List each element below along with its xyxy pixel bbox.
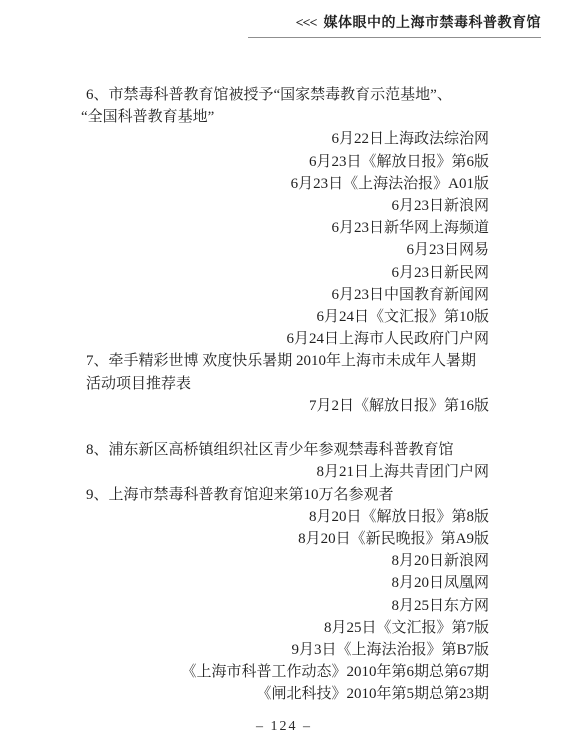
source-citation-line: 6月23日《解放日报》第6版 [86,151,489,173]
source-citation-line: 8月20日凤凰网 [86,572,489,594]
source-citation-line: 7月2日《解放日报》第16版 [86,395,489,417]
source-citation-line: 《闸北科技》2010年第5期总第23期 [86,683,489,705]
entry-title-line: 活动项目推荐表 [86,373,489,395]
source-citation-line: 6月23日中国教育新闻网 [86,284,489,306]
entry-8: 8、浦东新区高桥镇组织社区青少年参观禁毒科普教育馆 8月21日上海共青团门户网 [86,439,489,483]
source-citation-line: 6月23日《上海法治报》A01版 [86,173,489,195]
source-citation-line: 8月25日《文汇报》第7版 [86,617,489,639]
page-header: <<<媒体眼中的上海市禁毒科普教育馆 [248,15,541,38]
source-citation-line: 8月20日《解放日报》第8版 [86,506,489,528]
source-citation-line: 6月23日网易 [86,239,489,261]
media-coverage-list: 6、市禁毒科普教育馆被授予“国家禁毒教育示范基地”、 “全国科普教育基地” 6月… [86,84,489,706]
source-citation-line: 6月24日《文汇报》第10版 [86,306,489,328]
entry-title-line: 6、市禁毒科普教育馆被授予“国家禁毒教育示范基地”、 [86,84,489,106]
source-citation-line: 6月22日上海政法综治网 [86,128,489,150]
source-citation-line: 6月23日新民网 [86,262,489,284]
header-title: 媒体眼中的上海市禁毒科普教育馆 [324,16,542,31]
entry-9: 9、上海市禁毒科普教育馆迎来第10万名参观者 8月20日《解放日报》第8版 8月… [86,484,489,706]
source-citation-line: 6月23日新华网上海频道 [86,217,489,239]
source-citation-line: 《上海市科普工作动态》2010年第6期总第67期 [86,661,489,683]
entry-7: 7、牵手精彩世博 欢度快乐暑期 2010年上海市未成年人暑期 活动项目推荐表 7… [86,350,489,417]
header-chevrons-icon: <<< [296,16,317,31]
entry-title-line: 8、浦东新区高桥镇组织社区青少年参观禁毒科普教育馆 [86,439,489,461]
source-citation-line: 8月20日新浪网 [86,550,489,572]
entry-6: 6、市禁毒科普教育馆被授予“国家禁毒教育示范基地”、 “全国科普教育基地” 6月… [86,84,489,350]
document-page: <<<媒体眼中的上海市禁毒科普教育馆 6、市禁毒科普教育馆被授予“国家禁毒教育示… [0,0,568,756]
source-citation-line: 6月23日新浪网 [86,195,489,217]
entry-title-line: “全国科普教育基地” [81,106,489,128]
entry-title-line: 9、上海市禁毒科普教育馆迎来第10万名参观者 [86,484,489,506]
source-citation-line: 8月21日上海共青团门户网 [86,461,489,483]
source-citation-line: 8月20日《新民晚报》第A9版 [86,528,489,550]
source-citation-line: 8月25日东方网 [86,595,489,617]
page-number: – 124 – [0,719,568,735]
entry-title-line: 7、牵手精彩世博 欢度快乐暑期 2010年上海市未成年人暑期 [86,350,489,372]
source-citation-line: 6月24日上海市人民政府门户网 [86,328,489,350]
source-citation-line: 9月3日《上海法治报》第B7版 [86,639,489,661]
